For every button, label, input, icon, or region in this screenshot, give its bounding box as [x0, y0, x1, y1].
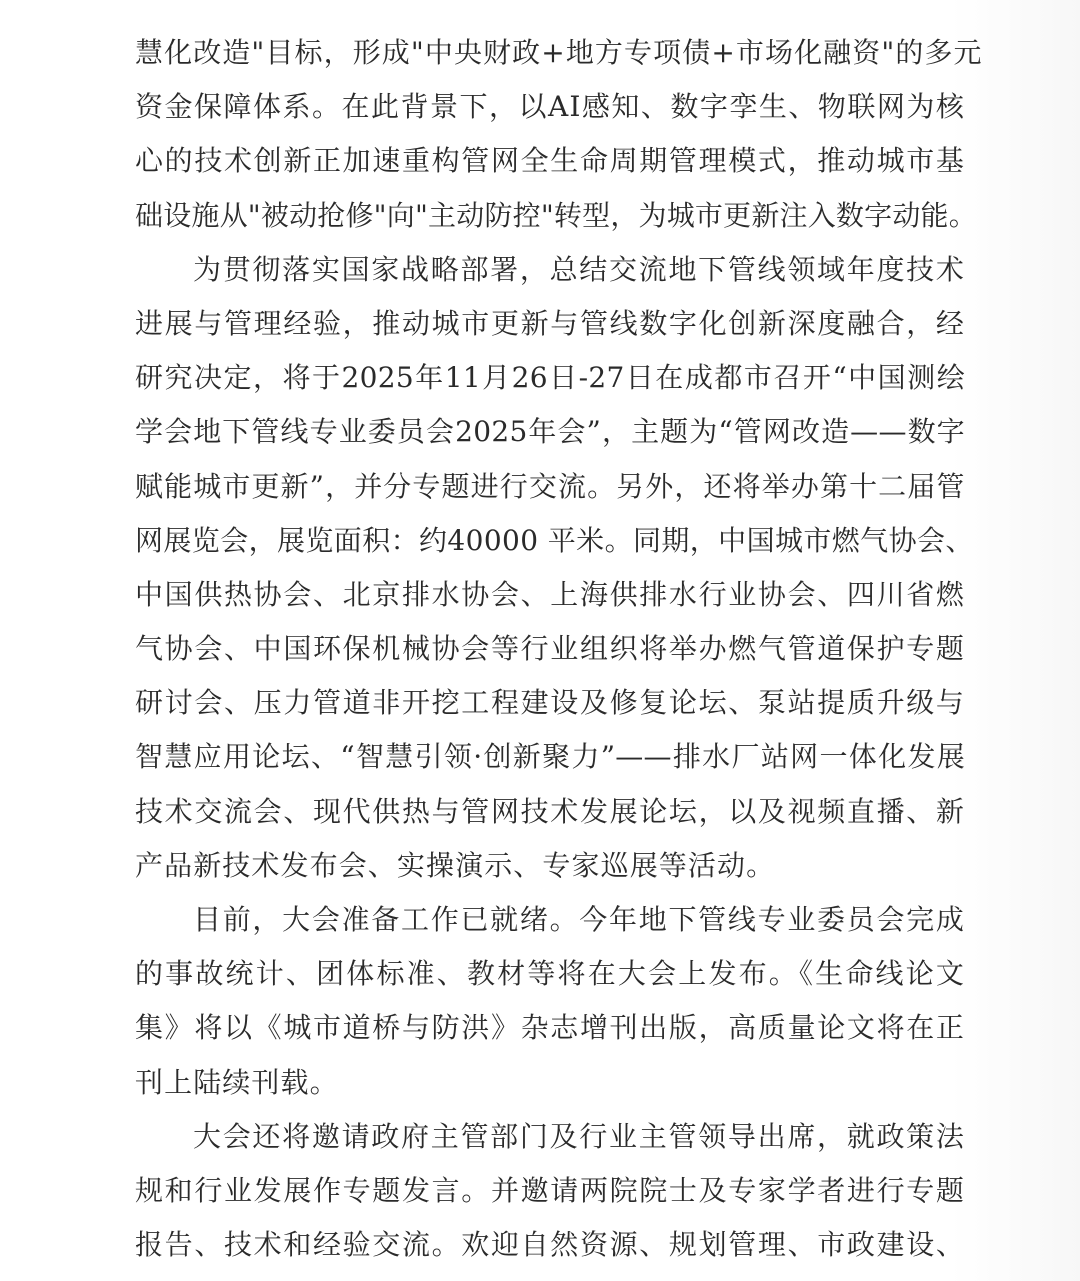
text-line: 资金保障体系。在此背景下，以AI感知、数字孪生、物联网为核 — [135, 80, 965, 134]
text-line: 大会还将邀请政府主管部门及行业主管领导出席，就政策法 — [135, 1110, 965, 1164]
text-line: 进展与管理经验，推动城市更新与管线数字化创新深度融合，经 — [135, 297, 965, 351]
text-line: 赋能城市更新”，并分专题进行交流。另外，还将举办第十二届管 — [135, 460, 965, 514]
text-line: 研讨会、压力管道非开挖工程建设及修复论坛、泵站提质升级与 — [135, 676, 965, 730]
text-line: 技术交流会、现代供热与管网技术发展论坛，以及视频直播、新 — [135, 785, 965, 839]
text-line: 智慧应用论坛、“智慧引领·创新聚力”——排水厂站网一体化发展 — [135, 730, 965, 784]
text-line: 础设施从"被动抢修"向"主动防控"转型，为城市更新注入数字动能。 — [135, 189, 965, 243]
text-line: 为贯彻落实国家战略部署，总结交流地下管线领域年度技术 — [135, 243, 965, 297]
text-line: 的事故统计、团体标准、教材等将在大会上发布。《生命线论文 — [135, 947, 965, 1001]
paragraph-1: 慧化改造"目标，形成"中央财政+地方专项债+市场化融资"的多元 资金保障体系。在… — [135, 26, 965, 243]
text-line: 集》将以《城市道桥与防洪》杂志增刊出版，高质量论文将在正 — [135, 1001, 965, 1055]
text-line: 学会地下管线专业委员会2025年会”，主题为“管网改造——数字 — [135, 405, 965, 459]
text-line: 中国供热协会、北京排水协会、上海供排水行业协会、四川省燃 — [135, 568, 965, 622]
paragraph-4: 大会还将邀请政府主管部门及行业主管领导出席，就政策法 规和行业发展作专题发言。并… — [135, 1110, 965, 1273]
text-line: 报告、技术和经验交流。欢迎自然资源、规划管理、市政建设、 — [135, 1218, 965, 1272]
text-line: 网展览会，展览面积：约40000 平米。同期，中国城市燃气协会、 — [135, 514, 965, 568]
paragraph-2: 为贯彻落实国家战略部署，总结交流地下管线领域年度技术 进展与管理经验，推动城市更… — [135, 243, 965, 893]
text-line: 慧化改造"目标，形成"中央财政+地方专项债+市场化融资"的多元 — [135, 26, 965, 80]
paragraph-3: 目前，大会准备工作已就绪。今年地下管线专业委员会完成 的事故统计、团体标准、教材… — [135, 893, 965, 1110]
text-line: 目前，大会准备工作已就绪。今年地下管线专业委员会完成 — [135, 893, 965, 947]
document-page: 慧化改造"目标，形成"中央财政+地方专项债+市场化融资"的多元 资金保障体系。在… — [135, 26, 965, 1272]
text-line: 规和行业发展作专题发言。并邀请两院院士及专家学者进行专题 — [135, 1164, 965, 1218]
text-line: 心的技术创新正加速重构管网全生命周期管理模式，推动城市基 — [135, 134, 965, 188]
text-line: 产品新技术发布会、实操演示、专家巡展等活动。 — [135, 839, 965, 893]
text-line: 刊上陆续刊载。 — [135, 1056, 965, 1110]
text-line: 气协会、中国环保机械协会等行业组织将举办燃气管道保护专题 — [135, 622, 965, 676]
text-line: 研究决定，将于2025年11月26日-27日在成都市召开“中国测绘 — [135, 351, 965, 405]
